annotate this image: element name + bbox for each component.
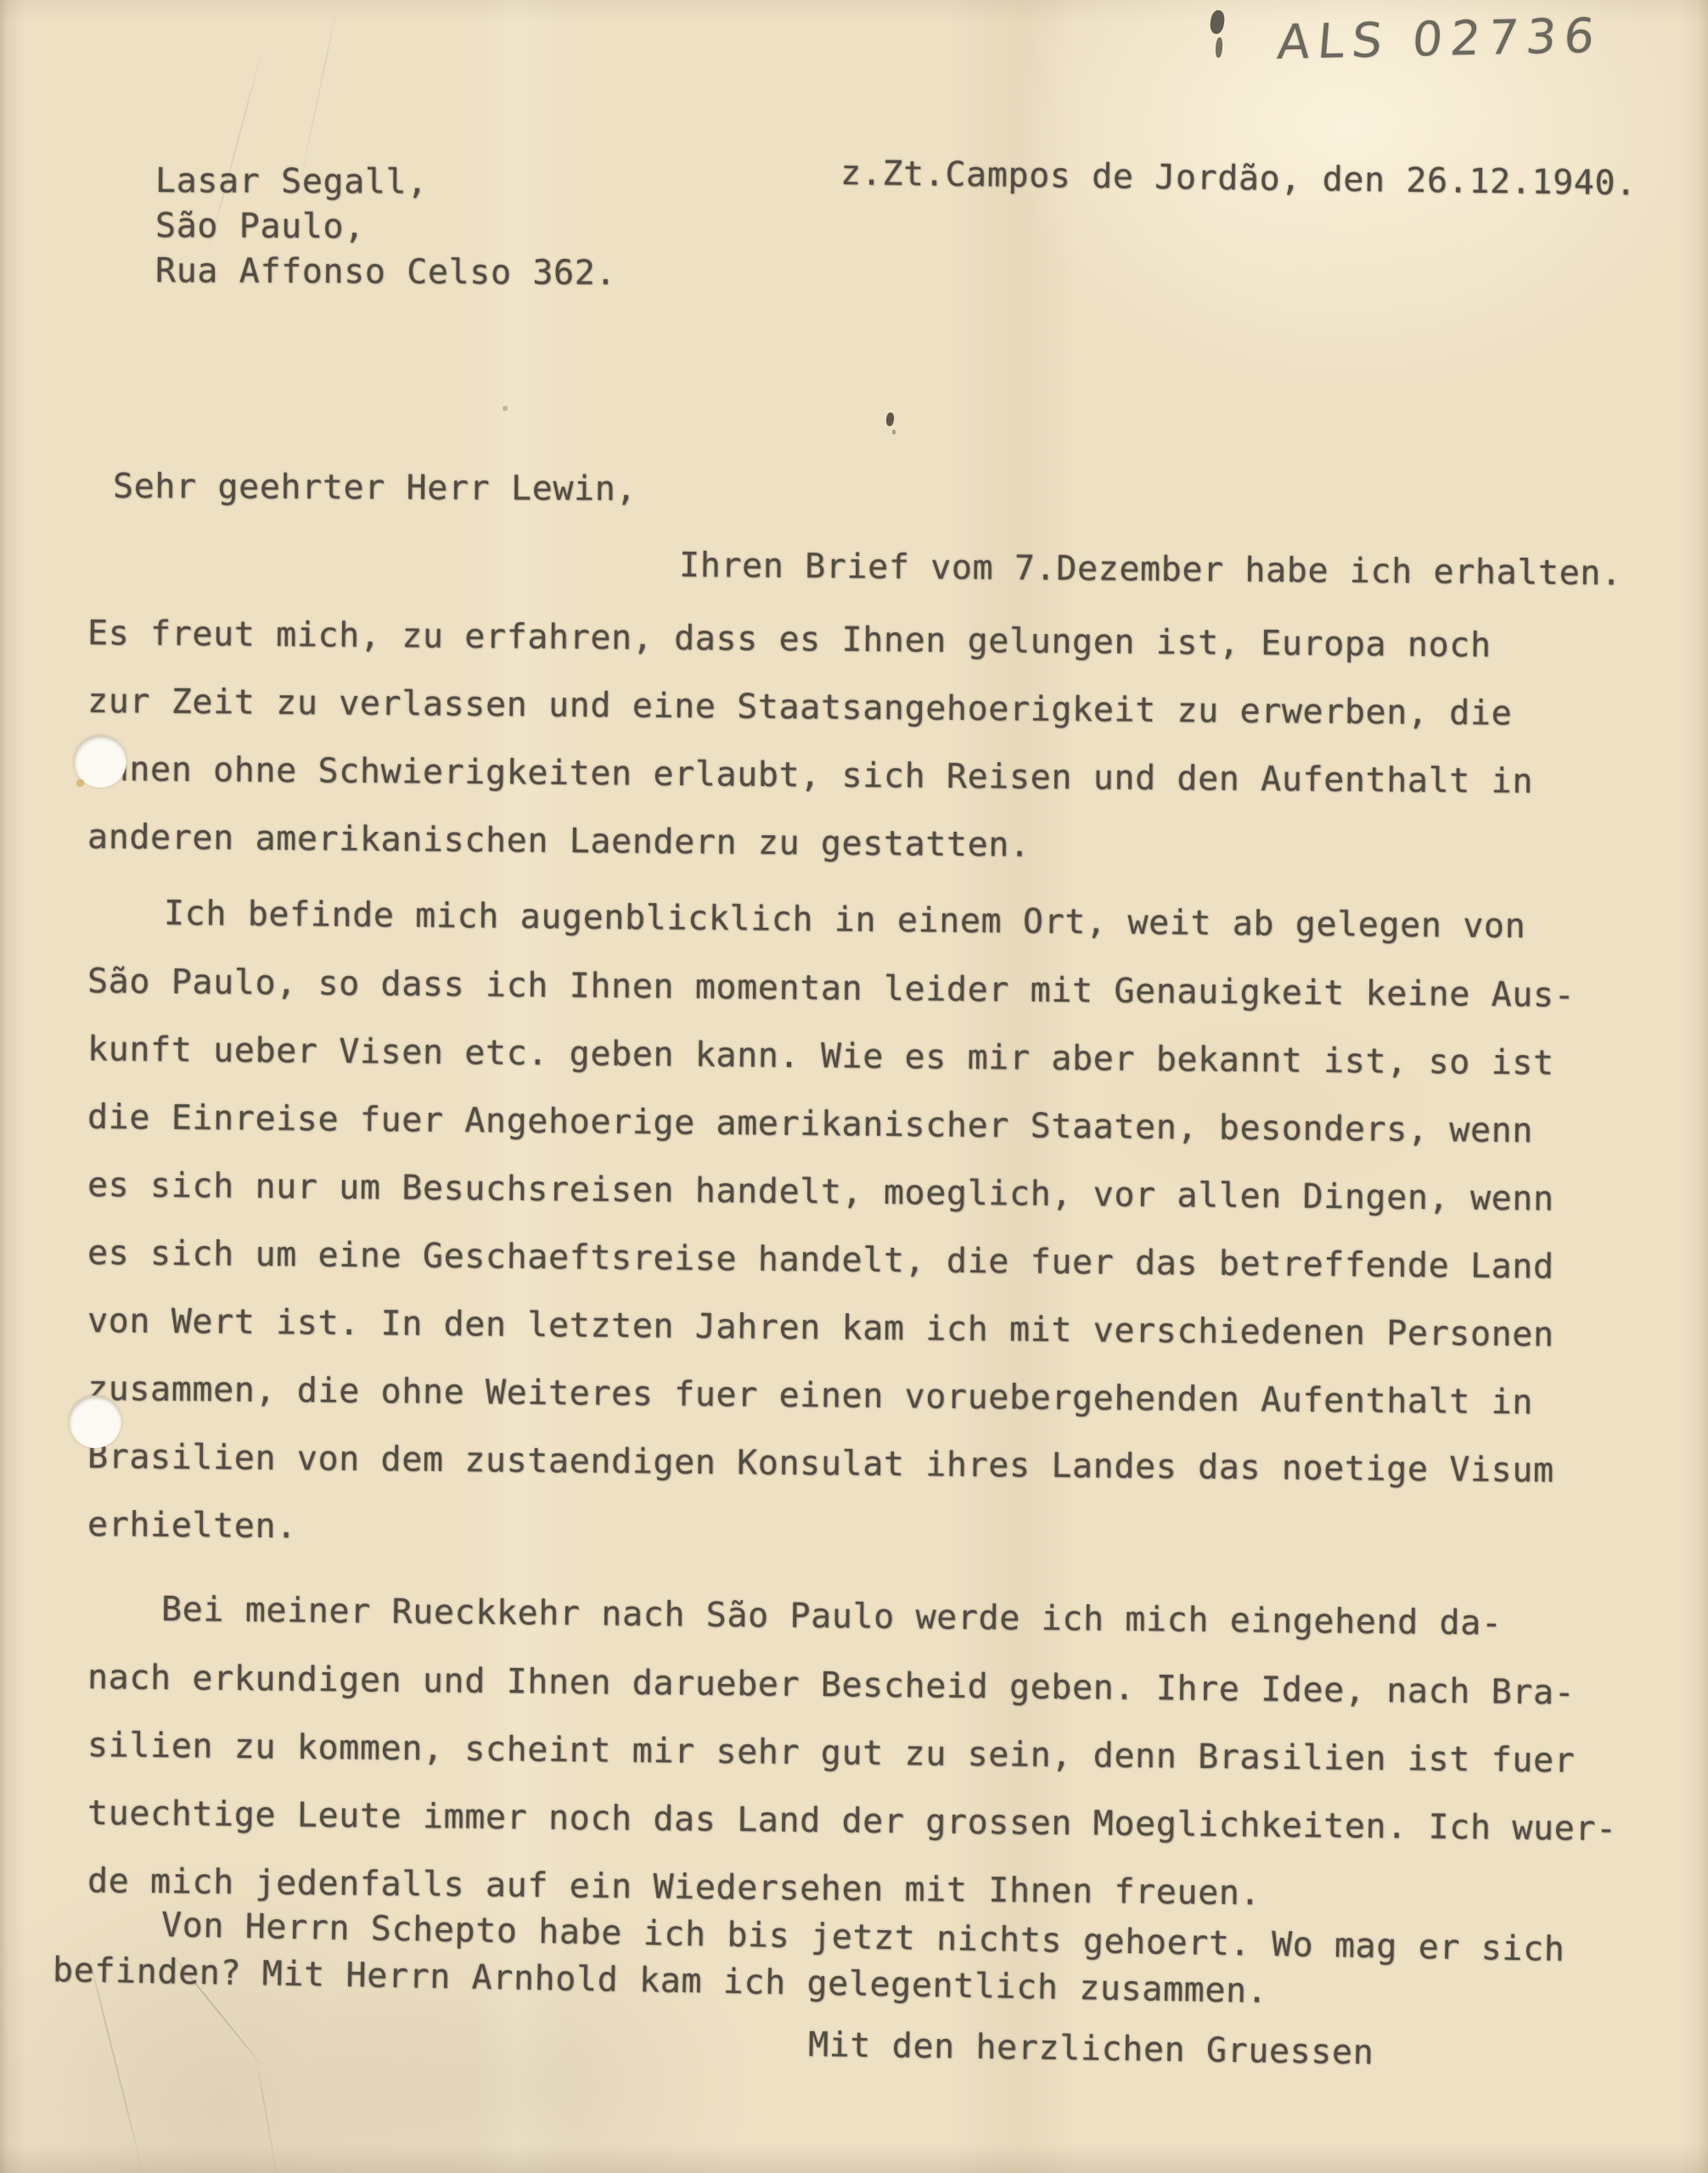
sender-street: Rua Affonso Celso 362. xyxy=(155,253,616,291)
archive-code-annotation: ALS 02736 xyxy=(1275,8,1604,70)
letter-line: zusammen, die ohne Weiteres fuer einen v… xyxy=(87,1371,1533,1420)
letter-line: de mich jedenfalls auf ein Wiedersehen m… xyxy=(87,1863,1261,1911)
faint-dot xyxy=(503,406,508,411)
crease-line xyxy=(255,2054,278,2173)
letter-line: silien zu kommen, scheint mir sehr gut z… xyxy=(87,1727,1576,1778)
scanned-letter-page: ALS 02736 Lasar Segall, São Paulo, Rua A… xyxy=(0,0,1708,2173)
letter-line: befinden? Mit Herrn Arnhold kam ich gele… xyxy=(53,1952,1268,2009)
letter-line: tuechtige Leute immer noch das Land der … xyxy=(87,1795,1617,1847)
letter-line: von Wert ist. In den letzten Jahren kam … xyxy=(87,1303,1554,1353)
punch-hole-fleck xyxy=(76,779,84,787)
letter-line: die Einreise fuer Angehoerige amerikanis… xyxy=(87,1099,1533,1148)
ink-speck-small xyxy=(892,430,896,435)
salutation: Sehr geehrter Herr Lewin, xyxy=(113,469,637,507)
letter-line: es sich um eine Geschaeftsreise handelt,… xyxy=(87,1235,1554,1285)
letter-line: Ich befinde mich augenblicklich in einem… xyxy=(164,896,1526,944)
letter-line: Ihren Brief vom 7.Dezember habe ich erha… xyxy=(679,547,1622,592)
sender-city: São Paulo, xyxy=(155,208,365,244)
letter-line: anderen amerikanischen Laendern zu gesta… xyxy=(87,819,1031,863)
letter-line: es sich nur um Besuchsreisen handelt, mo… xyxy=(87,1167,1554,1217)
sender-name: Lasar Segall, xyxy=(155,163,428,200)
ink-speck xyxy=(885,413,895,427)
ink-blot xyxy=(1209,9,1226,35)
letter-line: nach erkundigen und Ihnen darueber Besch… xyxy=(87,1659,1576,1710)
letter-line: erhielten. xyxy=(87,1507,297,1544)
letter-line: kunft ueber Visen etc. geben kann. Wie e… xyxy=(87,1031,1554,1081)
ink-blot-tail xyxy=(1215,37,1223,58)
dateline: z.Zt.Campos de Jordão, den 26.12.1940. xyxy=(840,155,1637,201)
letter-line: Brasilien von dem zustaendigen Konsulat … xyxy=(87,1439,1554,1489)
letter-line: Bei meiner Rueckkehr nach São Paulo werd… xyxy=(161,1592,1503,1642)
letter-line: zur Zeit zu verlassen und eine Staatsang… xyxy=(87,683,1513,732)
closing-line: Mit den herzlichen Gruessen xyxy=(808,2027,1374,2070)
punch-hole-bottom xyxy=(69,1395,121,1448)
letter-line: Ihnen ohne Schwierigkeiten erlaubt, sich… xyxy=(87,751,1533,800)
letter-line: Es freut mich, zu erfahren, dass es Ihne… xyxy=(87,615,1492,663)
letter-line: São Paulo, so dass ich Ihnen momentan le… xyxy=(87,963,1576,1014)
